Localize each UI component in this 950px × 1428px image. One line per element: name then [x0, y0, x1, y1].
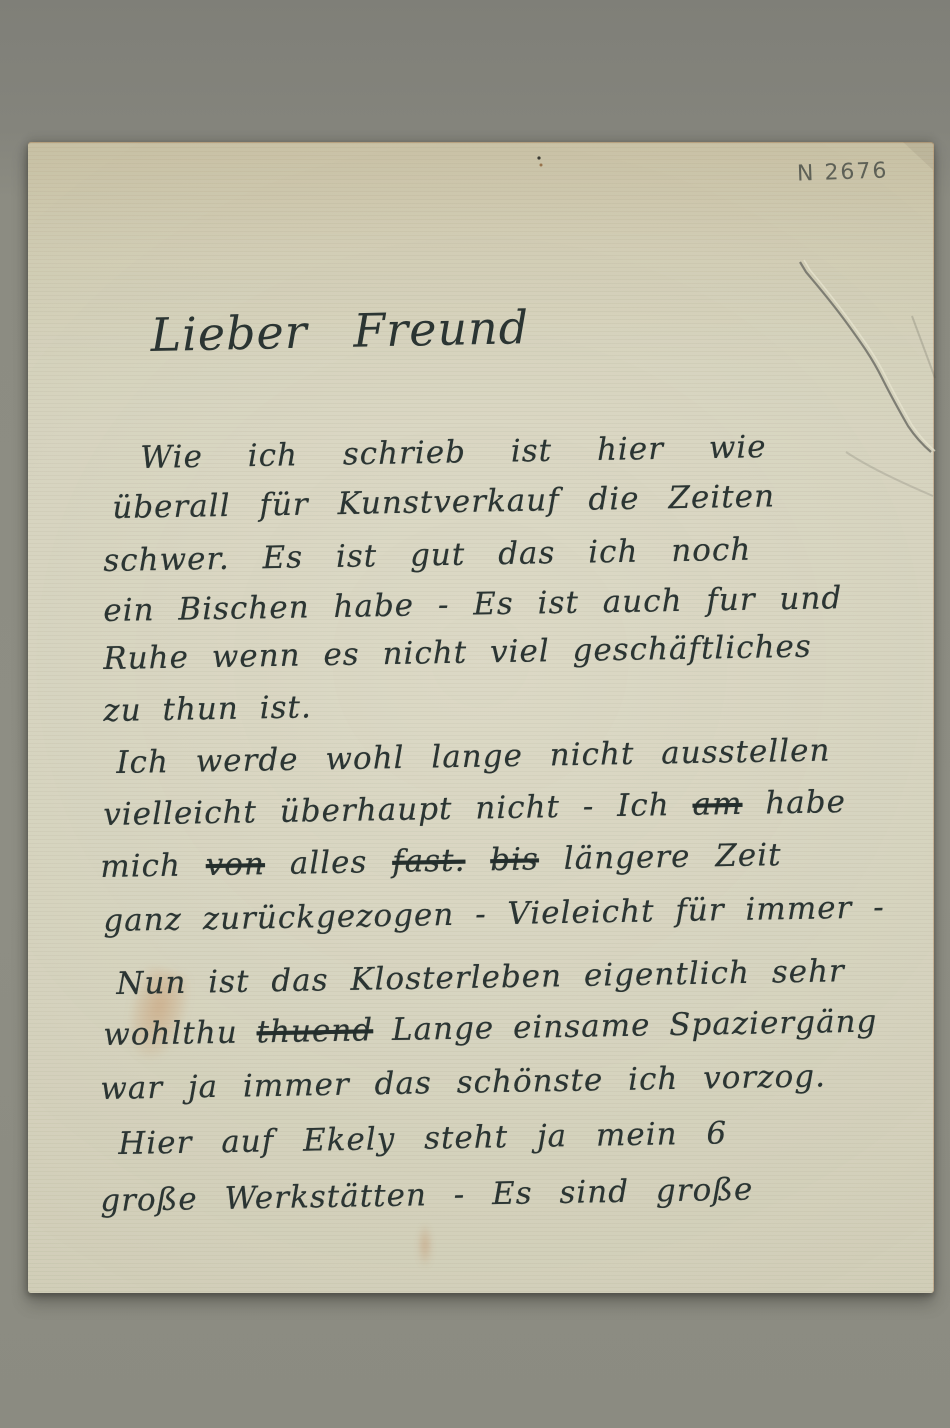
handwriting-text: schwer. Es ist gut das ich noch: [103, 532, 752, 579]
handwriting-line-14: Hier auf Ekely steht ja mein 6: [118, 1115, 727, 1162]
handwriting-text: Nun ist das Klosterleben eigentlich sehr: [116, 953, 845, 1002]
handwriting-line-7: Ich werde wohl lange nicht ausstellen: [116, 733, 831, 781]
handwriting-line-8: vielleicht überhaupt nicht - Ich am habe: [103, 784, 846, 833]
handwriting-text: zu thun ist.: [103, 689, 312, 729]
handwriting-line-6: zu thun ist.: [103, 689, 312, 729]
struck-word: thuend: [256, 1012, 373, 1050]
handwriting-text: Wie ich schrieb ist hier wie: [140, 429, 767, 476]
handwriting-line-1: Wie ich schrieb ist hier wie: [140, 429, 767, 476]
handwriting-text: ein Bischen habe - Es ist auch fur und: [103, 580, 843, 629]
handwriting-line-5: Ruhe wenn es nicht viel geschäftliches: [103, 629, 812, 677]
handwriting-text: wohlthu: [103, 1014, 257, 1053]
handwriting-line-2: überall für Kunstverkauf die Zeiten: [112, 478, 775, 526]
struck-word: fast.: [392, 843, 466, 880]
handwriting-line-9: mich von alles fast. bis längere Zeit: [100, 837, 782, 885]
handwriting-text: Ich werde wohl lange nicht ausstellen: [116, 733, 831, 781]
handwriting-text: war ja immer das schönste ich vorzog.: [100, 1058, 826, 1107]
handwriting-lines: Wie ich schrieb ist hier wieüberall für …: [0, 0, 950, 1428]
handwriting-text: mich: [100, 847, 206, 885]
handwriting-text: habe: [742, 784, 846, 822]
handwriting-text: längere Zeit: [539, 837, 782, 877]
handwriting-line-10: ganz zurückgezogen - Vieleicht für immer…: [103, 889, 885, 939]
handwriting-text: Ruhe wenn es nicht viel geschäftliches: [103, 629, 812, 677]
handwriting-line-4: ein Bischen habe - Es ist auch fur und: [103, 580, 843, 629]
handwriting-text: Lange einsame Spaziergäng: [373, 1003, 878, 1048]
handwriting-line-15: große Werkstätten - Es sind große: [100, 1172, 754, 1219]
photograph-of-letter: N 2676 Lieber Freund Wie ich schrieb ist…: [0, 0, 950, 1428]
struck-word: von: [205, 846, 265, 883]
handwriting-text: große Werkstätten - Es sind große: [100, 1172, 754, 1219]
struck-word: bis: [490, 841, 539, 878]
handwriting-text: überall für Kunstverkauf die Zeiten: [112, 478, 775, 526]
handwriting-line-13: war ja immer das schönste ich vorzog.: [100, 1058, 826, 1107]
struck-word: am: [692, 786, 743, 823]
handwriting-text: alles: [265, 844, 393, 882]
handwriting-line-12: wohlthu thuend Lange einsame Spaziergäng: [103, 1003, 878, 1053]
handwriting-text: Hier auf Ekely steht ja mein 6: [118, 1115, 727, 1162]
handwriting-line-3: schwer. Es ist gut das ich noch: [103, 532, 752, 579]
handwriting-text: ganz zurückgezogen - Vieleicht für immer…: [103, 889, 885, 939]
handwriting-text: vielleicht überhaupt nicht - Ich: [103, 787, 693, 833]
handwriting-line-11: Nun ist das Klosterleben eigentlich sehr: [116, 953, 845, 1002]
handwriting-text: [465, 842, 490, 878]
